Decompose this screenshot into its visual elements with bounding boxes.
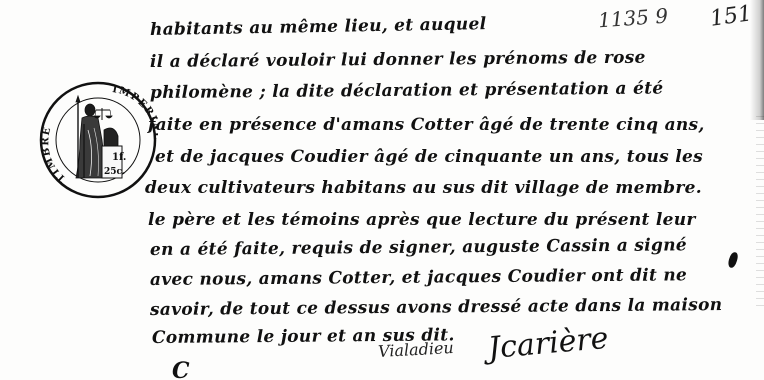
stamp-value-franc: 1f. (112, 152, 126, 163)
stamp-value-cents: 25c. (104, 167, 125, 177)
handwritten-line-4: faite en présence d'amans Cotter âgé de … (148, 115, 705, 135)
page-edge-speckle (756, 110, 764, 310)
handwritten-line-3: philomène ; la dite déclaration et prése… (150, 79, 664, 103)
handwritten-line-8: en a été faite, requis de signer, august… (150, 235, 687, 260)
imperial-stamp: 1f. 25c. TIMBRE IMPERIAL (38, 80, 158, 200)
ink-blot (727, 251, 739, 269)
stamp-seal-icon: 1f. 25c. TIMBRE IMPERIAL (38, 80, 158, 200)
document-page: 1135 9 151 (0, 0, 764, 380)
handwritten-line-6: deux cultivateurs habitans au sus dit vi… (145, 178, 702, 198)
handwritten-line-5: et de jacques Coudier âgé de cinquante u… (155, 147, 703, 167)
handwritten-line-7: le père et les témoins après que lecture… (148, 210, 696, 230)
secondary-signature: Vialadieu (378, 338, 455, 361)
main-signature: Jcarière (487, 321, 610, 366)
bottom-line-fragment: C (172, 358, 190, 380)
reference-number: 1135 9 (597, 4, 668, 33)
stamp-label-timbre: TIMBRE (40, 125, 68, 184)
handwritten-line-1: habitants au même lieu, et auquel (150, 14, 487, 40)
svg-text:TIMBRE: TIMBRE (40, 125, 68, 184)
handwritten-line-2: il a déclaré vouloir lui donner les prén… (150, 48, 646, 72)
handwritten-line-10: savoir, de tout ce dessus avons dressé a… (150, 295, 723, 320)
handwritten-line-9: avec nous, amans Cotter, et jacques Coud… (150, 265, 687, 290)
folio-number: 151 (708, 1, 753, 32)
